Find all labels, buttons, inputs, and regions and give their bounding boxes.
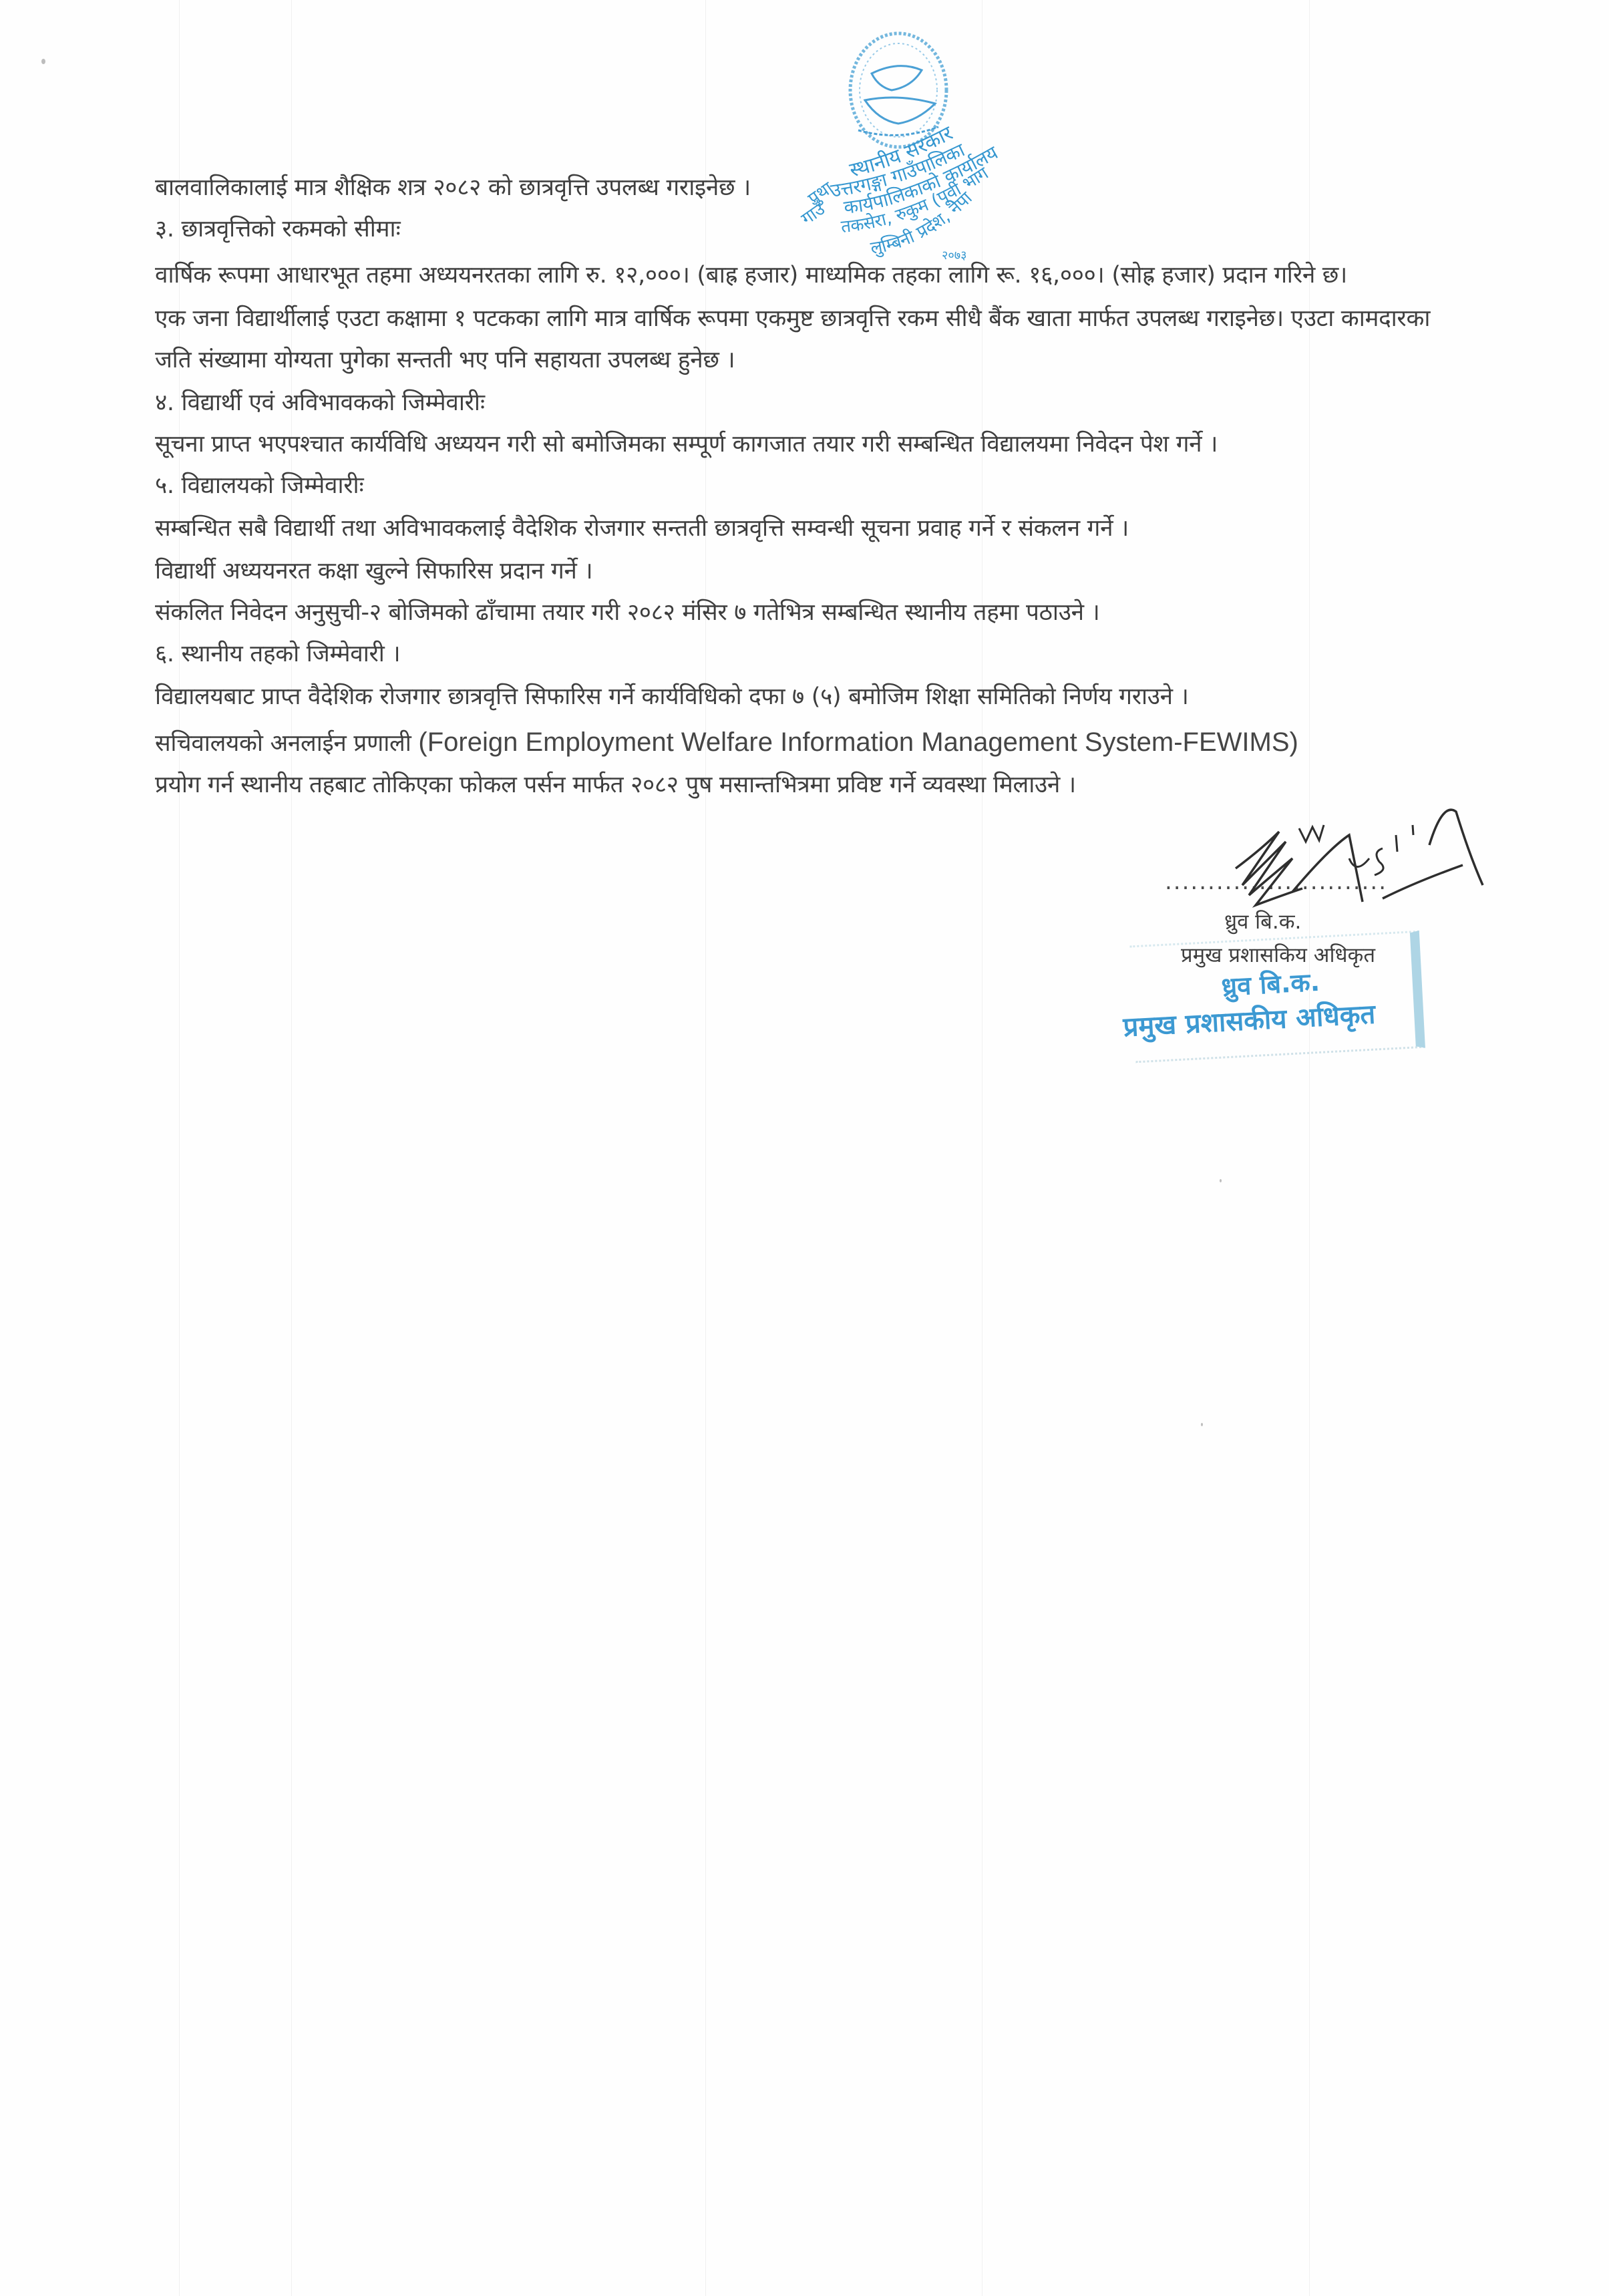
body-line: विद्यालयबाट प्राप्त वैदेशिक रोजगार छात्र… [155, 680, 1189, 713]
name-stamp: ध्रुव बि.क. प्रमुख प्रशासकीय अधिकृत [1105, 931, 1425, 1074]
body-line: विद्यार्थी अध्ययनरत कक्षा खुल्ने सिफारिस… [155, 554, 592, 588]
section-heading: ५. विद्यालयको जिम्मेवारीः [155, 469, 363, 502]
signer-name: ध्रुव बि.क. [1224, 907, 1301, 935]
scan-speck [1201, 1423, 1203, 1426]
section-heading: ६. स्थानीय तहको जिम्मेवारी । [155, 637, 400, 671]
fewims-prefix: सचिवालयको अनलाईन प्रणाली [155, 730, 418, 757]
scan-speck [41, 59, 45, 64]
body-line: वार्षिक रूपमा आधारभूत तहमा अध्ययनरतका ला… [155, 259, 1347, 292]
body-line: सम्बन्धित सबै विद्यार्थी तथा अविभावकलाई … [155, 512, 1129, 545]
body-line: संकलित निवेदन अनुसुची-२ बोजिमको ढाँचामा … [155, 596, 1100, 629]
body-line: जति संख्यामा योग्यता पुगेका सन्तती भए पन… [155, 343, 735, 377]
nepal-emblem-icon: स्थानीय सरकार उत्तरगङ्गा गाउँपालिका कार्… [798, 20, 1039, 261]
section-heading: ४. विद्यार्थी एवं अविभावकको जिम्मेवारीः [155, 386, 485, 420]
scan-artifact [982, 0, 982, 2296]
signature-icon [1149, 795, 1509, 942]
body-line: एक जना विद्यार्थीलाई एउटा कक्षामा १ पटकक… [155, 302, 1430, 335]
document-page: स्थानीय सरकार उत्तरगङ्गा गाउँपालिका कार्… [0, 0, 1609, 2296]
handwritten-signature [1149, 795, 1509, 942]
body-line: प्रयोग गर्न स्थानीय तहबाट तोकिएका फोकल प… [155, 768, 1076, 802]
official-seal-stamp: स्थानीय सरकार उत्तरगङ्गा गाउँपालिका कार्… [798, 20, 1039, 261]
fewims-line: सचिवालयको अनलाईन प्रणाली (Foreign Employ… [155, 725, 1298, 760]
scan-artifact [1309, 0, 1310, 2296]
body-line: बालवालिकालाई मात्र शैक्षिक शत्र २०८२ को … [155, 171, 751, 204]
body-line: सूचना प्राप्त भएपश्चात कार्यविधि अध्ययन … [155, 428, 1218, 461]
fewims-english: (Foreign Employment Welfare Information … [418, 727, 1298, 757]
scan-speck [1220, 1179, 1222, 1182]
section-heading: ३. छात्रवृत्तिको रकमको सीमाः [155, 212, 400, 246]
